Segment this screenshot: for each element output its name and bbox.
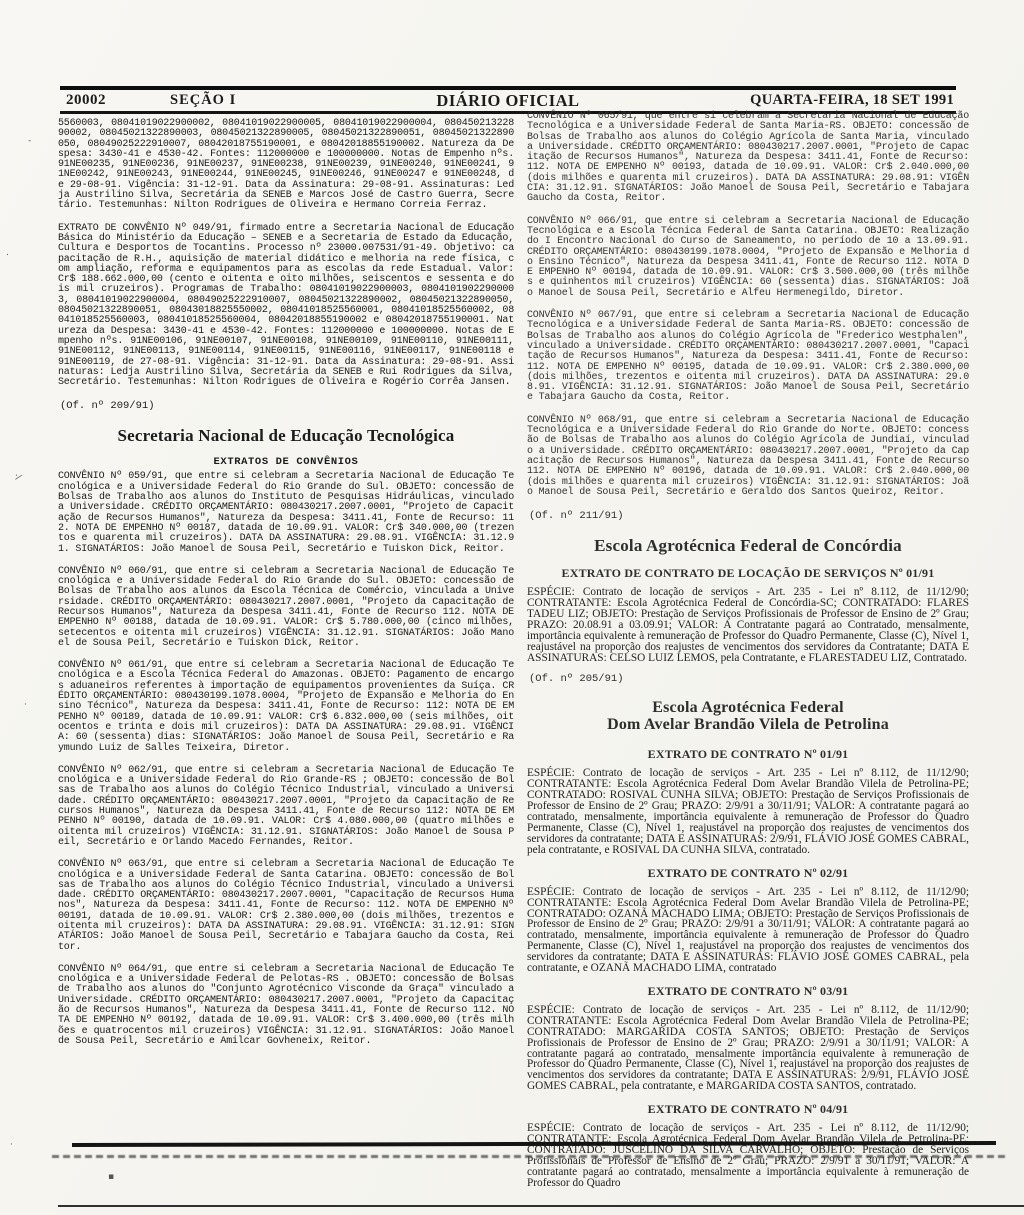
bottom-rule-dashed — [52, 1155, 1006, 1158]
contrato-petrolina-03-body: ESPÉCIE: Contrato de locação de serviços… — [527, 1005, 969, 1092]
office-note-205: (Of. nº 205/91) — [529, 673, 969, 685]
subheading-contrato-02: EXTRATO DE CONTRATO Nº 02/91 — [527, 866, 969, 881]
scan-artifact: · — [24, 700, 27, 710]
scan-artifact: ▪ — [108, 1172, 114, 1182]
subheading-contrato-locacao-01: EXTRATO DE CONTRATO DE LOCAÇÃO DE SERVIÇ… — [527, 566, 969, 581]
scan-artifact: . — [6, 248, 9, 258]
convenio-063: CONVÊNIO Nº 063/91, que entre si celebra… — [58, 860, 514, 953]
convenio-060: CONVÊNIO Nº 060/91, que entre si celebra… — [58, 567, 514, 649]
convenio-061: CONVÊNIO Nº 061/91, que entre si celebra… — [58, 661, 514, 754]
heading-escola-concordia: Escola Agrotécnica Federal de Concórdia — [527, 536, 969, 556]
masthead: 20002 SEÇÃO I DIÁRIO OFICIAL QUARTA-FEIR… — [60, 86, 956, 114]
heading-petrolina-line2: Dom Avelar Brandão Vilela de Petrolina — [607, 716, 889, 733]
contrato-petrolina-01-body: ESPÉCIE: Contrato de locação de serviços… — [527, 768, 969, 855]
heading-escola-petrolina: Escola Agrotécnica Federal Dom Avelar Br… — [527, 699, 969, 733]
gazette-page: 20002 SEÇÃO I DIÁRIO OFICIAL QUARTA-FEIR… — [0, 0, 1024, 1215]
contrato-concordia-01-body: ESPÉCIE: Contrato de locação de serviços… — [527, 587, 969, 663]
convenio-066: CONVÊNIO Nº 066/91, que entre si celebra… — [527, 217, 969, 299]
page-bottom-rule — [58, 1205, 1024, 1207]
paragraph-continuation: 5560003, 08041019022900002, 080410190229… — [58, 119, 514, 212]
convenio-067: CONVÊNIO Nº 067/91, que entre si celebra… — [527, 311, 969, 404]
heading-petrolina-line1: Escola Agrotécnica Federal — [652, 699, 844, 716]
scan-artifact: · — [10, 1140, 13, 1150]
left-column: 5560003, 08041019022900002, 080410190229… — [58, 119, 514, 1059]
office-note-211: (Of. nº 211/91) — [529, 510, 969, 522]
subheading-contrato-03: EXTRATO DE CONTRATO Nº 03/91 — [527, 984, 969, 999]
subheading-contrato-04: EXTRATO DE CONTRATO Nº 04/91 — [527, 1102, 969, 1117]
contrato-petrolina-02-body: ESPÉCIE: Contrato de locação de serviços… — [527, 887, 969, 974]
section-label: SEÇÃO I — [170, 92, 236, 109]
publication-date: QUARTA-FEIRA, 18 SET 1991 — [750, 92, 954, 109]
subheading-contrato-01: EXTRATO DE CONTRATO Nº 01/91 — [527, 747, 969, 762]
convenio-068: CONVÊNIO Nº 068/91, que entre si celebra… — [527, 416, 969, 498]
right-column: CONVÊNIO Nº 065/91, que entre si celebra… — [527, 112, 969, 1199]
convenio-065: CONVÊNIO Nº 065/91, que entre si celebra… — [527, 112, 969, 205]
convenio-062: CONVÊNIO Nº 062/91, que entre si celebra… — [58, 766, 514, 848]
publication-title: DIÁRIO OFICIAL — [436, 91, 579, 111]
office-note-209: (Of. nº 209/91) — [60, 400, 514, 412]
subheading-extratos-convenios: EXTRATOS DE CONVÊNIOS — [58, 456, 514, 468]
scan-artifact: ·/ — [11, 471, 22, 482]
heading-secretaria-educacao-tecnologica: Secretaria Nacional de Educação Tecnológ… — [58, 426, 514, 446]
convenio-064: CONVÊNIO Nº 064/91, que entre si celebra… — [58, 965, 514, 1047]
convenio-059: CONVÊNIO Nº 059/91, que entre si celebra… — [58, 472, 514, 554]
scan-artifact: - — [28, 136, 31, 146]
extrato-convenio-049: EXTRATO DE CONVÊNIO Nº 049/91, firmado e… — [58, 224, 514, 389]
page-number: 20002 — [66, 92, 106, 109]
